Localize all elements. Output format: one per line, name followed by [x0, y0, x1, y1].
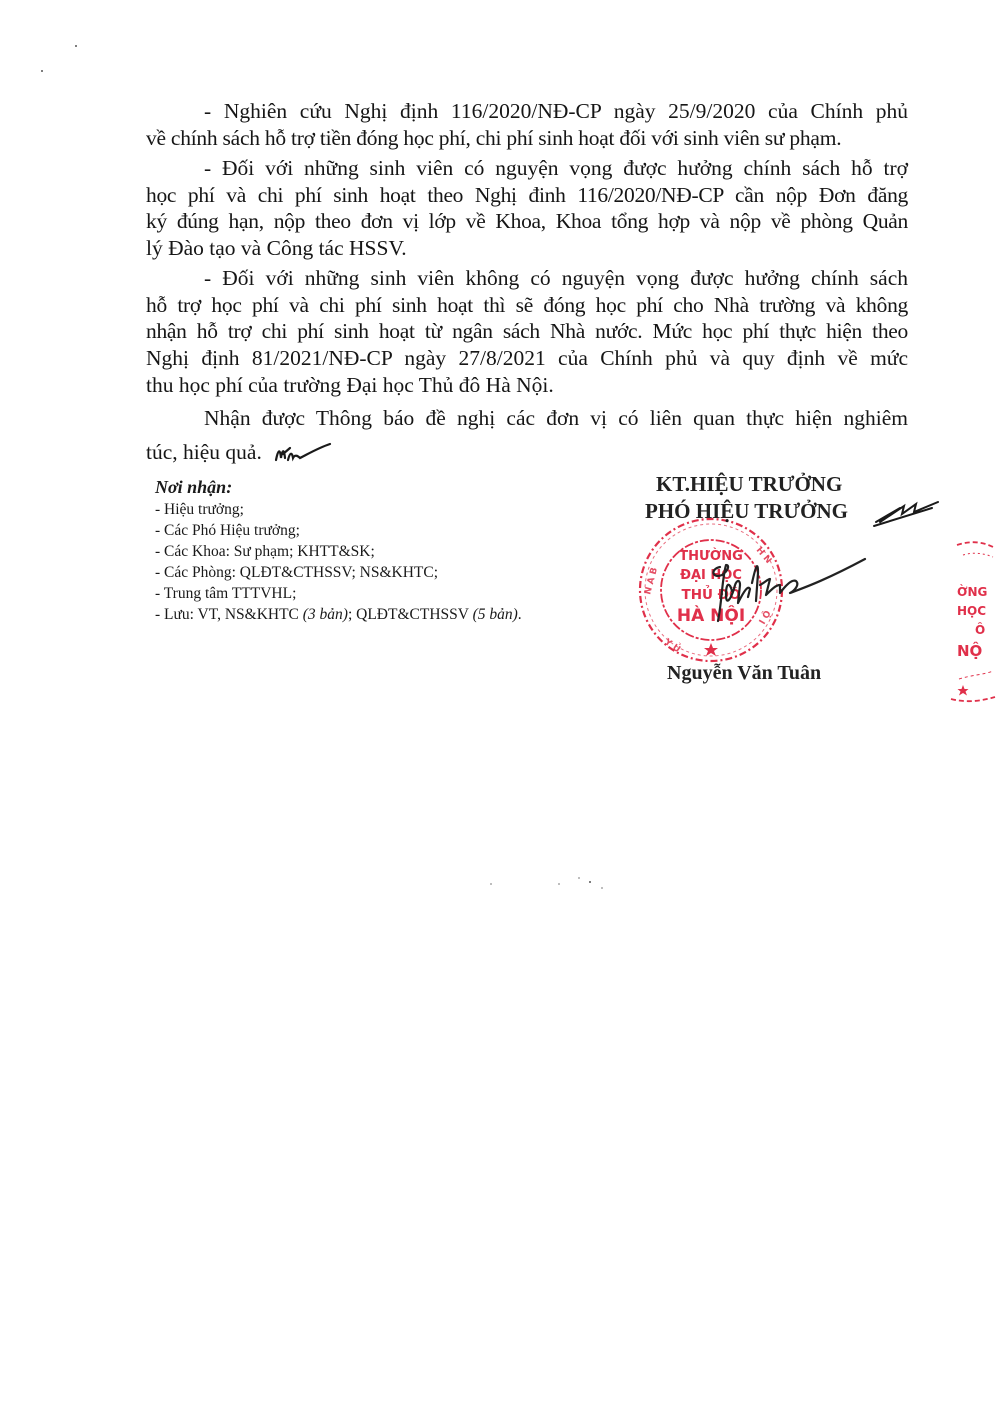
initials-mark	[274, 442, 334, 466]
scan-speck	[41, 70, 43, 72]
archive-copies-note: (3 bản)	[303, 606, 348, 623]
scan-speck	[558, 883, 560, 885]
body-line: về chính sách hỗ trợ tiền đóng học phí, …	[146, 125, 908, 151]
recipient-item: - Hiệu trưởng;	[155, 500, 244, 520]
handwritten-signature	[700, 545, 870, 645]
body-line: ký đúng hạn, nộp theo đơn vị lớp về Khoa…	[146, 208, 908, 234]
recipient-item: - Các Phòng: QLĐT&CTHSSV; NS&KHTC;	[155, 563, 438, 583]
body-line: học phí và chi phí sinh hoạt theo Nghị đ…	[146, 182, 908, 208]
signature-title-2: PHÓ HIỆU TRƯỞNG	[645, 499, 848, 524]
body-line: nhận hỗ trợ chi phí sinh hoạt từ ngân sá…	[146, 318, 908, 344]
body-line: Nhận được Thông báo đề nghị các đơn vị c…	[204, 405, 908, 431]
stamp-line: ỜNG	[957, 584, 987, 599]
body-line: túc, hiệu quả.	[146, 439, 262, 465]
archive-copies-note: (5 bản)	[473, 606, 518, 623]
svg-text:Y Ủ: Y Ủ	[661, 634, 683, 655]
body-line: - Đối với những sinh viên không có nguyệ…	[204, 265, 908, 291]
stamp-line: Ô	[975, 622, 985, 637]
archive-text: .	[518, 606, 522, 623]
scan-speck	[589, 881, 591, 883]
body-line: - Nghiên cứu Nghị định 116/2020/NĐ-CP ng…	[204, 98, 908, 124]
stamp-line: NỘ	[957, 640, 982, 660]
scan-speck	[578, 877, 580, 879]
svg-text:N A B: N A B	[643, 566, 660, 595]
recipient-item-archive: - Lưu: VT, NS&KHTC (3 bản); QLĐT&CTHSSV …	[155, 605, 522, 625]
recipient-item: - Trung tâm TTTVHL;	[155, 584, 296, 604]
scan-speck	[75, 45, 77, 47]
stamp-line: HỌC	[957, 604, 986, 618]
signer-name: Nguyễn Văn Tuân	[667, 662, 821, 685]
body-line: hỗ trợ học phí và chi phí sinh hoạt thì …	[146, 292, 908, 318]
recipient-item: - Các Khoa: Sư phạm; KHTT&SK;	[155, 542, 375, 562]
body-line: thu học phí của trường Đại học Thủ đô Hà…	[146, 372, 908, 398]
body-line: Nghị định 81/2021/NĐ-CP ngày 27/8/2021 c…	[146, 345, 908, 371]
partial-stamp: ỜNG HỌC Ô NỘ	[945, 535, 1000, 710]
body-line: - Đối với những sinh viên có nguyện vọng…	[204, 155, 908, 181]
scan-speck	[601, 887, 603, 889]
archive-text: ; QLĐT&CTHSSV	[348, 606, 473, 623]
signature-title-1: KT.HIỆU TRƯỞNG	[656, 472, 842, 497]
star-icon	[958, 685, 969, 696]
scan-speck	[490, 883, 492, 885]
recipients-title: Nơi nhận:	[155, 477, 232, 498]
initials-mark	[872, 498, 942, 528]
archive-text: - Lưu: VT, NS&KHTC	[155, 606, 303, 623]
body-line: lý Đào tạo và Công tác HSSV.	[146, 235, 908, 261]
document-page: - Nghiên cứu Nghị định 116/2020/NĐ-CP ng…	[0, 0, 1000, 1405]
recipient-item: - Các Phó Hiệu trưởng;	[155, 521, 300, 541]
